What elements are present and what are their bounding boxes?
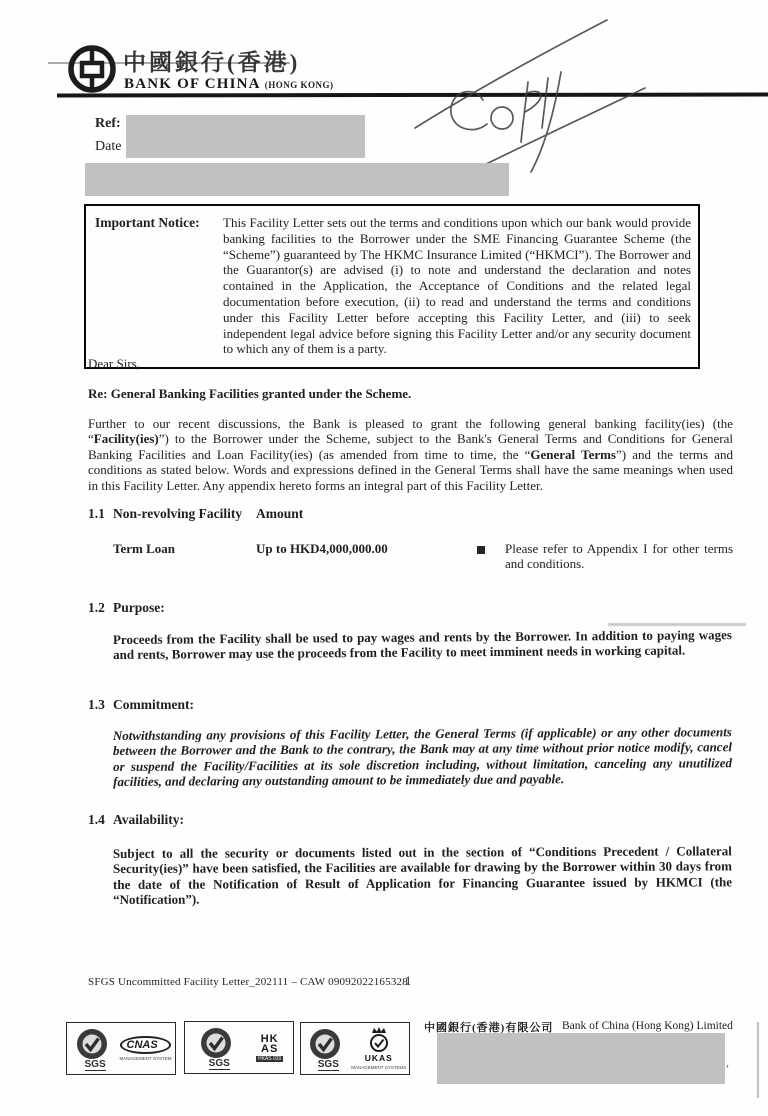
scan-artifact-comma: , xyxy=(726,1055,729,1070)
scan-artifact-edge xyxy=(757,1022,759,1098)
section-1-1-number: 1.1 xyxy=(88,506,105,522)
hkas-logo: HK AS HKAS 020 xyxy=(256,1034,283,1062)
scanned-facility-letter-page: 中國銀行(香港) BANK OF CHINA (HONG KONG) Ref: … xyxy=(0,0,768,1116)
copy-handwriting xyxy=(395,0,685,190)
sgs-label: SGS xyxy=(209,1058,230,1070)
ukas-subtext: MANAGEMENT SYSTEMS xyxy=(351,1065,406,1070)
sgs-emblem-icon: SGS xyxy=(71,1026,113,1072)
facility-row-label: Term Loan xyxy=(113,541,175,556)
salutation: Dear Sirs, xyxy=(88,356,140,371)
amount-column-header: Amount xyxy=(256,506,303,522)
redaction-addressee xyxy=(85,163,509,196)
date-label: Date : xyxy=(95,139,129,155)
important-notice-label: Important Notice: xyxy=(95,215,223,357)
redaction-ref-date xyxy=(126,115,365,158)
hkas-line1: HK xyxy=(256,1034,283,1044)
sgs-emblem-icon: SGS xyxy=(304,1026,346,1072)
section-1-2-number: 1.2 xyxy=(88,600,105,616)
sgs-emblem-icon: SGS xyxy=(195,1025,237,1071)
intro-paragraph: Further to our recent discussions, the B… xyxy=(88,416,733,493)
cnas-subtext: MANAGEMENT SYSTEM xyxy=(120,1056,172,1061)
hkas-letters: HK AS xyxy=(256,1034,283,1054)
bank-of-china-logo-icon xyxy=(66,42,118,96)
cnas-label: CNAS xyxy=(120,1036,172,1054)
section-1-3-number: 1.3 xyxy=(88,697,105,713)
scan-artifact-streak xyxy=(608,623,746,626)
hkas-line2: AS xyxy=(256,1044,283,1054)
section-1-3-title: Commitment: xyxy=(113,697,194,713)
sgs-label: SGS xyxy=(318,1059,339,1071)
purpose-paragraph: Proceeds from the Facility shall be used… xyxy=(113,627,732,663)
section-1-2-title: Purpose: xyxy=(113,600,165,616)
cert-box-cnas: SGS CNAS MANAGEMENT SYSTEM xyxy=(66,1022,176,1075)
redaction-footer-address xyxy=(437,1033,725,1084)
cert-box-ukas: SGS UKAS MANAGEMENT SYSTEMS xyxy=(300,1022,410,1075)
bank-name-en-region: (HONG KONG) xyxy=(265,80,334,90)
square-bullet-icon xyxy=(477,546,485,554)
bank-name-english: BANK OF CHINA (HONG KONG) xyxy=(124,75,333,93)
subject-line: Re: General Banking Facilities granted u… xyxy=(88,386,411,401)
hkas-badge: HKAS 020 xyxy=(256,1056,283,1062)
ukas-logo: UKAS MANAGEMENT SYSTEMS xyxy=(351,1027,406,1070)
availability-paragraph: Subject to all the security or documents… xyxy=(113,843,732,907)
page-number: 1 xyxy=(405,974,411,989)
facility-row-note: Please refer to Appendix I for other ter… xyxy=(505,541,733,572)
facility-row-amount: Up to HKD4,000,000.00 xyxy=(256,541,388,556)
bank-name-en-main: BANK OF CHINA xyxy=(124,76,261,92)
section-1-1-title: Non-revolving Facility xyxy=(113,506,242,522)
section-1-4-title: Availability: xyxy=(113,812,184,828)
important-notice-box: Important Notice: This Facility Letter s… xyxy=(84,204,700,369)
ukas-crown-check-icon xyxy=(364,1027,394,1053)
sgs-label: SGS xyxy=(85,1059,106,1071)
intro-bold2: General Terms xyxy=(530,447,616,462)
cnas-logo: CNAS MANAGEMENT SYSTEM xyxy=(120,1036,172,1061)
document-id: SFGS Uncommitted Facility Letter_202111 … xyxy=(88,976,408,988)
cert-box-hkas: SGS HK AS HKAS 020 xyxy=(184,1021,294,1074)
intro-bold1: Facility(ies) xyxy=(94,431,159,446)
ukas-label: UKAS xyxy=(365,1053,393,1063)
bank-name-chinese: 中國銀行(香港) xyxy=(123,44,300,77)
commitment-paragraph: Notwithstanding any provisions of this F… xyxy=(113,724,732,789)
footer-bank-name-english: Bank of China (Hong Kong) Limited xyxy=(562,1020,733,1032)
important-notice-text: This Facility Letter sets out the terms … xyxy=(223,215,691,357)
ref-label: Ref: xyxy=(95,116,121,132)
section-1-4-number: 1.4 xyxy=(88,812,105,828)
